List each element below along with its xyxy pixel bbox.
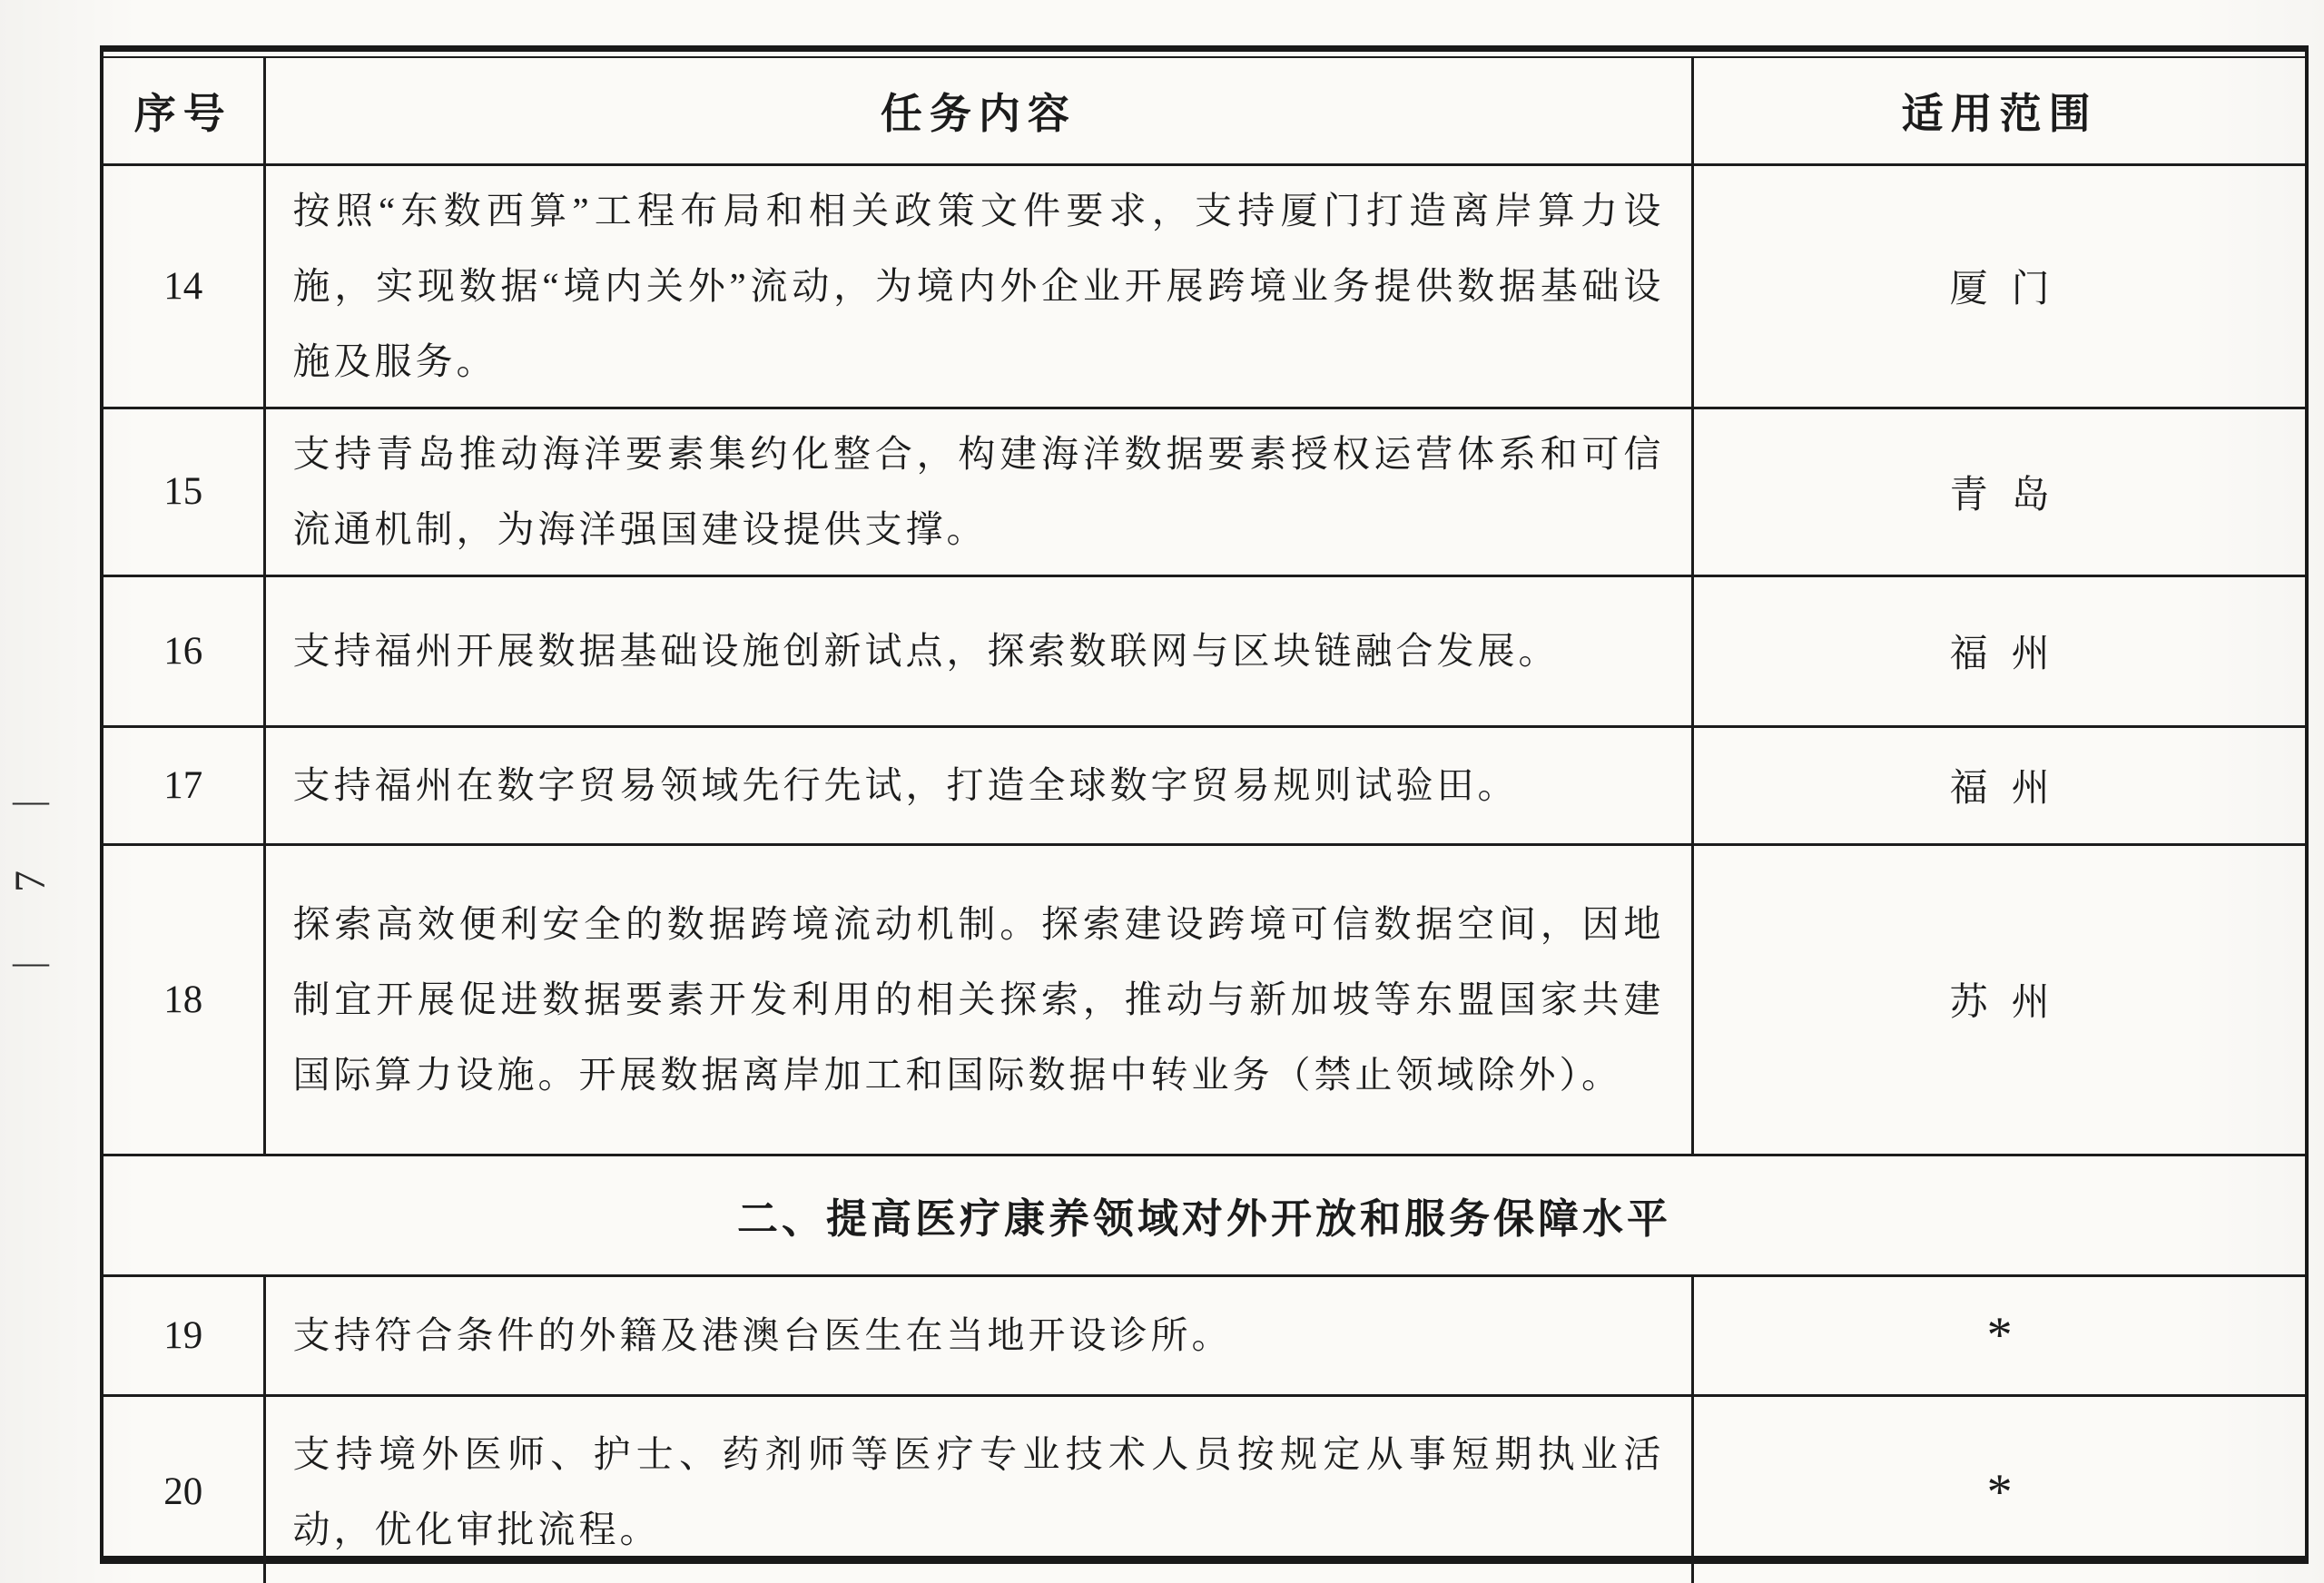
applicable-scope-cell: 苏州 (1693, 844, 2305, 1155)
scope-value: 福州 (1950, 768, 2073, 810)
scope-value: * (1987, 1464, 2013, 1520)
row-index: 17 (103, 726, 264, 844)
scope-value: 青岛 (1950, 475, 2073, 516)
table-row: 18探索高效便利安全的数据跨境流动机制。探索建设跨境可信数据空间，因地制宜开展促… (103, 844, 2305, 1155)
task-content: 探索高效便利安全的数据跨境流动机制。探索建设跨境可信数据空间，因地制宜开展促进数… (264, 844, 1693, 1155)
table-row: 19支持符合条件的外籍及港澳台医生在当地开设诊所。* (103, 1275, 2305, 1395)
scope-value: 厦门 (1950, 269, 2073, 310)
table-header-row: 序号 任务内容 适用范围 (103, 57, 2305, 164)
page-number-dash-bottom: — (13, 953, 49, 971)
applicable-scope-cell: 厦门 (1693, 164, 2305, 408)
row-index: 16 (103, 575, 264, 726)
applicable-scope-cell: 福州 (1693, 726, 2305, 844)
applicable-scope-cell: * (1693, 1395, 2305, 1583)
task-table: 序号 任务内容 适用范围 14按照“东数西算”工程布局和相关政策文件要求，支持厦… (100, 45, 2309, 1564)
table-row: 16支持福州开展数据基础设施创新试点，探索数联网与区块链融合发展。福州 (103, 575, 2305, 726)
task-content: 支持青岛推动海洋要素集约化整合，构建海洋数据要素授权运营体系和可信流通机制，为海… (264, 408, 1693, 575)
page-number: 7 (9, 870, 53, 892)
row-index: 15 (103, 408, 264, 575)
task-content: 支持福州开展数据基础设施创新试点，探索数联网与区块链融合发展。 (264, 575, 1693, 726)
row-index: 18 (103, 844, 264, 1155)
page-number-dash-top: — (13, 791, 49, 810)
applicable-scope-cell: 青岛 (1693, 408, 2305, 575)
table-row: 15支持青岛推动海洋要素集约化整合，构建海洋数据要素授权运营体系和可信流通机制，… (103, 408, 2305, 575)
table-row: 20支持境外医师、护士、药剂师等医疗专业技术人员按规定从事短期执业活动，优化审批… (103, 1395, 2305, 1583)
task-table-grid: 序号 任务内容 适用范围 14按照“东数西算”工程布局和相关政策文件要求，支持厦… (103, 56, 2305, 1583)
task-content: 支持符合条件的外籍及港澳台医生在当地开设诊所。 (264, 1275, 1693, 1395)
scope-value: * (1987, 1307, 2013, 1363)
scope-value: 苏州 (1950, 982, 2073, 1024)
table-row: 14按照“东数西算”工程布局和相关政策文件要求，支持厦门打造离岸算力设施，实现数… (103, 164, 2305, 408)
section-header: 二、提高医疗康养领域对外开放和服务保障水平 (103, 1155, 2305, 1275)
col-header-index: 序号 (103, 57, 264, 164)
table-row: 17支持福州在数字贸易领域先行先试，打造全球数字贸易规则试验田。福州 (103, 726, 2305, 844)
page-number-marker: — 7 — (7, 791, 54, 971)
row-index: 14 (103, 164, 264, 408)
applicable-scope-cell: * (1693, 1275, 2305, 1395)
applicable-scope-cell: 福州 (1693, 575, 2305, 726)
row-index: 20 (103, 1395, 264, 1583)
task-content: 支持福州在数字贸易领域先行先试，打造全球数字贸易规则试验田。 (264, 726, 1693, 844)
col-header-content: 任务内容 (264, 57, 1693, 164)
row-index: 19 (103, 1275, 264, 1395)
col-header-scope: 适用范围 (1693, 57, 2305, 164)
task-content: 支持境外医师、护士、药剂师等医疗专业技术人员按规定从事短期执业活动，优化审批流程… (264, 1395, 1693, 1583)
scope-value: 福州 (1950, 634, 2073, 675)
task-content: 按照“东数西算”工程布局和相关政策文件要求，支持厦门打造离岸算力设施，实现数据“… (264, 164, 1693, 408)
section-header-row: 二、提高医疗康养领域对外开放和服务保障水平 (103, 1155, 2305, 1275)
